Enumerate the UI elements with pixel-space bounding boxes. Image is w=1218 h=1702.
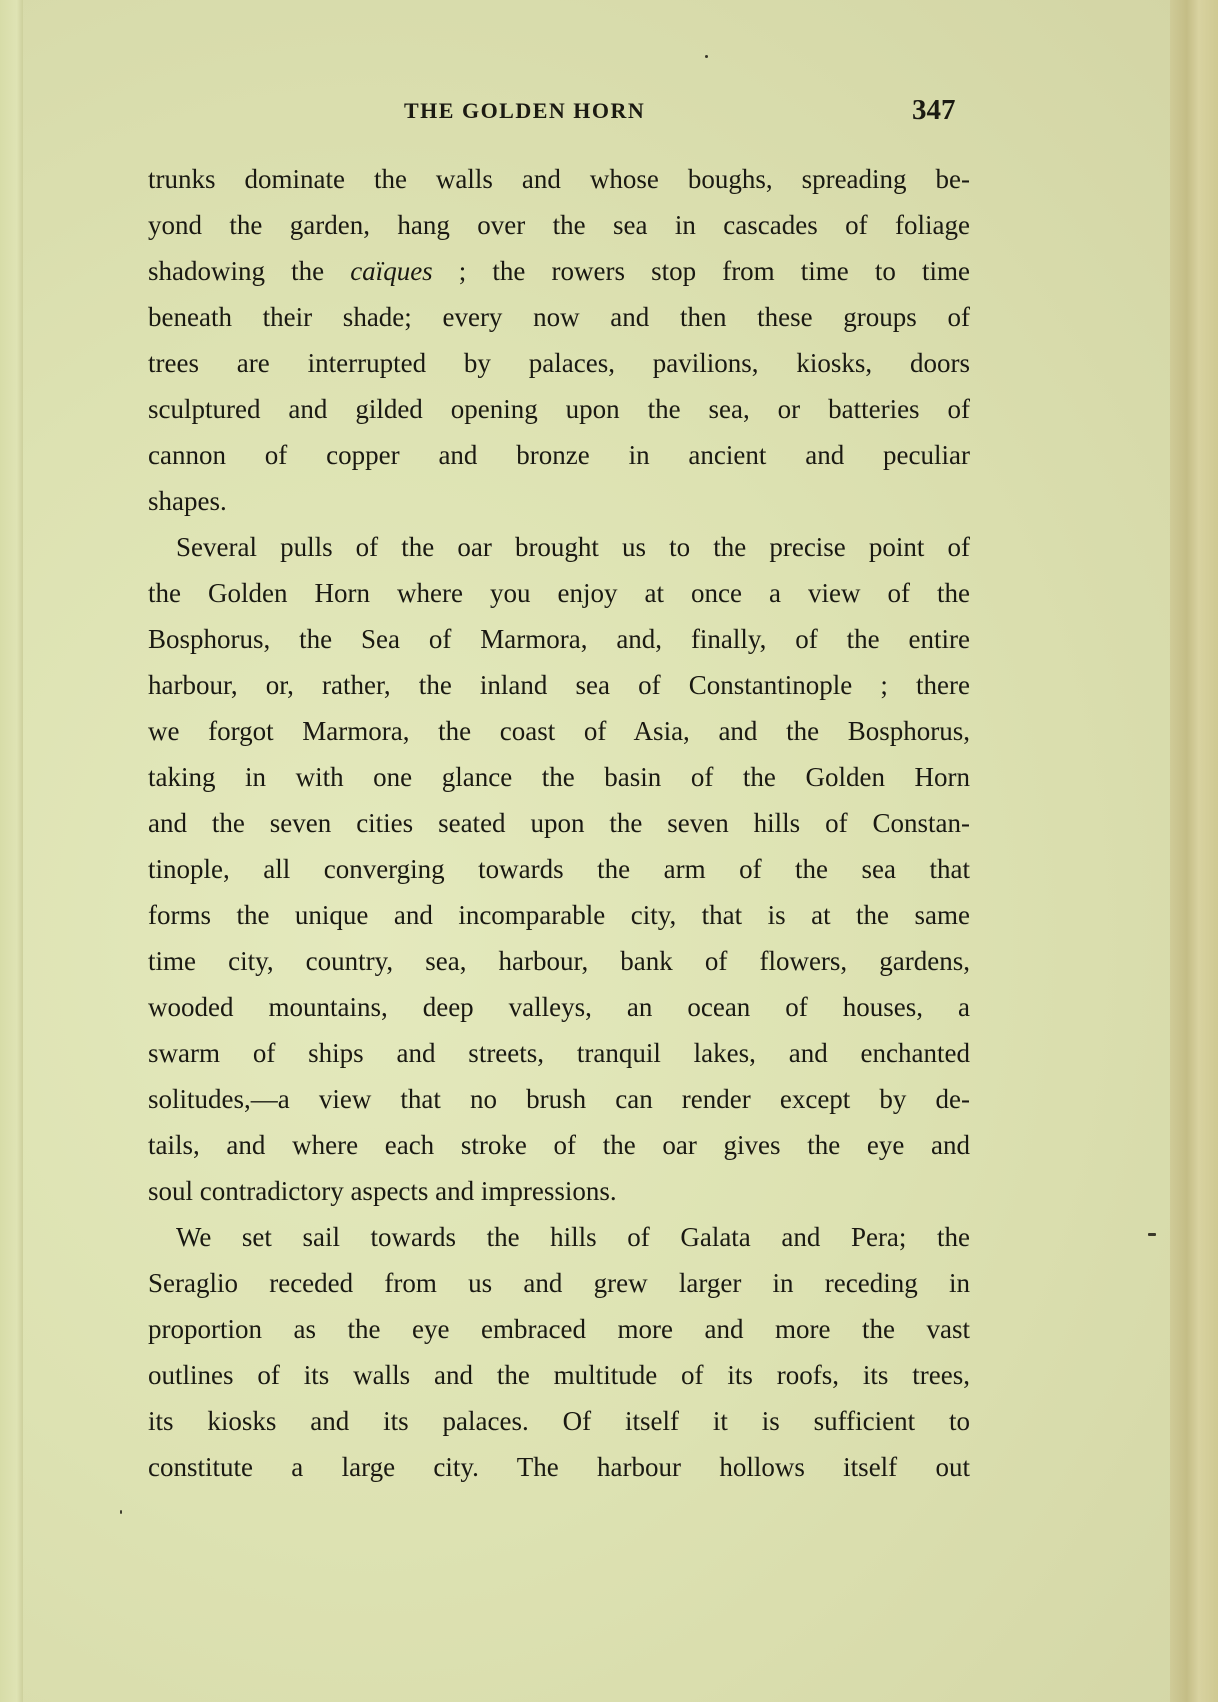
text-line: taking in with one glance the basin of t…: [148, 754, 970, 800]
text-line: forms the unique and incomparable city, …: [148, 892, 970, 938]
text-line: trees are interrupted by palaces, pavili…: [148, 340, 970, 386]
text-line: yond the garden, hang over the sea in ca…: [148, 202, 970, 248]
text-run: ; the rowers stop from time to time: [433, 256, 970, 286]
text-line: shapes.: [148, 478, 970, 524]
running-head: THE GOLDEN HORN: [404, 98, 645, 124]
text-line: harbour, or, rather, the inland sea of C…: [148, 662, 970, 708]
text-line: its kiosks and its palaces. Of itself it…: [148, 1398, 970, 1444]
paragraph: We set sail towards the hills of Galata …: [148, 1214, 970, 1490]
scan-left-strip: [0, 0, 24, 1702]
paragraph: Several pulls of the oar brought us to t…: [148, 524, 970, 1214]
text-line: time city, country, sea, harbour, bank o…: [148, 938, 970, 984]
text-line: Bosphorus, the Sea of Marmora, and, fina…: [148, 616, 970, 662]
scan-speck: [1148, 1233, 1156, 1236]
text-line: cannon of copper and bronze in ancient a…: [148, 432, 970, 478]
text-line: beneath their shade; every now and then …: [148, 294, 970, 340]
scan-speck: [705, 55, 708, 58]
text-line: shadowing the caïques ; the rowers stop …: [148, 248, 970, 294]
text-line: the Golden Horn where you enjoy at once …: [148, 570, 970, 616]
text-line: We set sail towards the hills of Galata …: [148, 1214, 970, 1260]
text-line: and the seven cities seated upon the sev…: [148, 800, 970, 846]
text-line: Seraglio receded from us and grew larger…: [148, 1260, 970, 1306]
text-run: shadowing the: [148, 256, 350, 286]
text-line: proportion as the eye embraced more and …: [148, 1306, 970, 1352]
text-line: outlines of its walls and the multitude …: [148, 1352, 970, 1398]
text-line: sculptured and gilded opening upon the s…: [148, 386, 970, 432]
text-line: solitudes,—a view that no brush can rend…: [148, 1076, 970, 1122]
text-line: soul contradictory aspects and impressio…: [148, 1168, 970, 1214]
body-text: trunks dominate the walls and whose boug…: [148, 156, 970, 1490]
scan-speck: [120, 1510, 122, 1514]
page-number: 347: [912, 94, 956, 127]
text-line: we forgot Marmora, the coast of Asia, an…: [148, 708, 970, 754]
text-line: wooded mountains, deep valleys, an ocean…: [148, 984, 970, 1030]
text-line: tails, and where each stroke of the oar …: [148, 1122, 970, 1168]
text-line: swarm of ships and streets, tranquil lak…: [148, 1030, 970, 1076]
paragraph: trunks dominate the walls and whose boug…: [148, 156, 970, 524]
text-line: constitute a large city. The harbour hol…: [148, 1444, 970, 1490]
italic-word: caïques: [350, 256, 432, 286]
page-right-edge: [1170, 0, 1218, 1702]
text-line: tinople, all converging towards the arm …: [148, 846, 970, 892]
text-line: trunks dominate the walls and whose boug…: [148, 156, 970, 202]
text-line: Several pulls of the oar brought us to t…: [148, 524, 970, 570]
